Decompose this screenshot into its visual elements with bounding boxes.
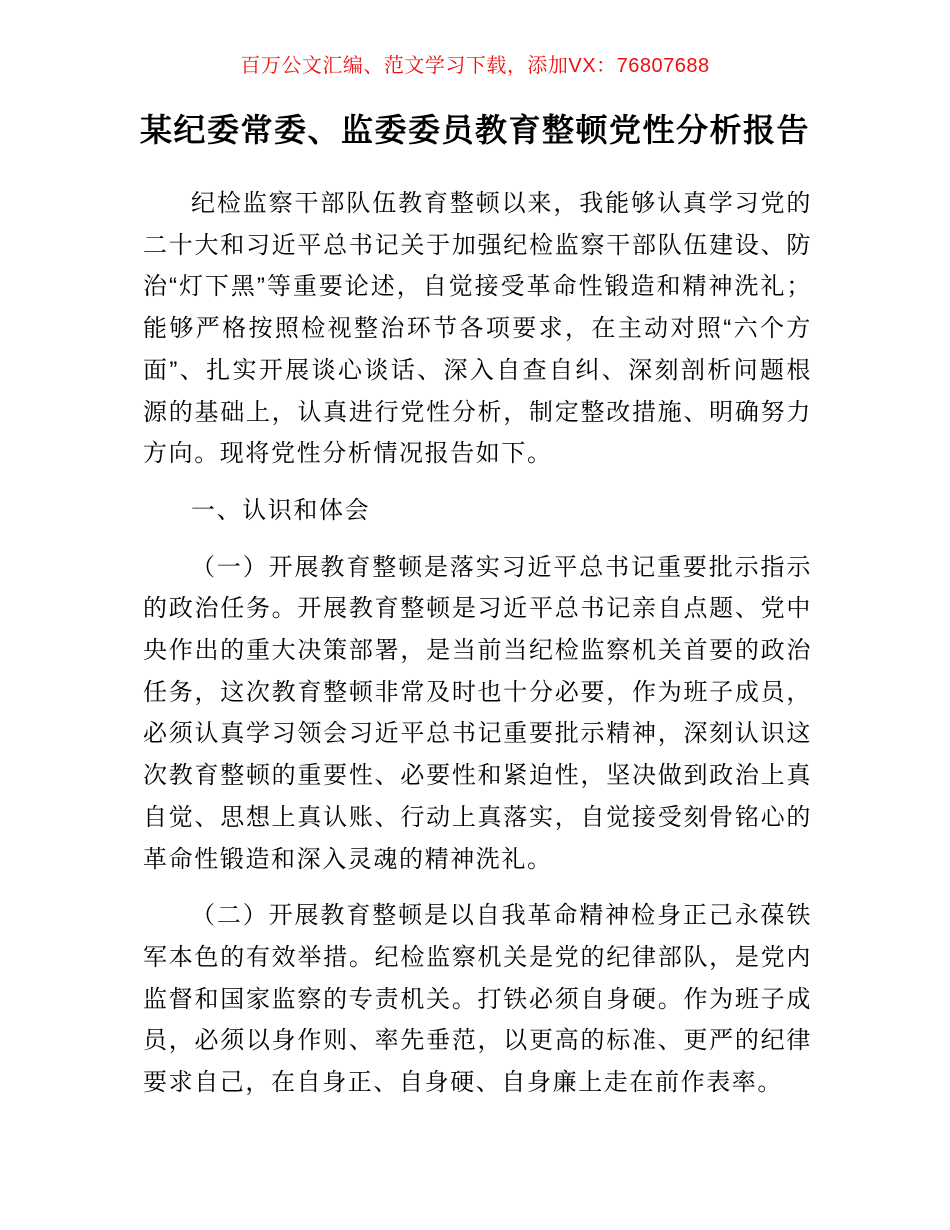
document-body: 纪检监察干部队伍教育整顿以来，我能够认真学习党的二十大和习近平总书记关于加强纪检… bbox=[143, 183, 812, 1104]
paragraph-intro: 纪检监察干部队伍教育整顿以来，我能够认真学习党的二十大和习近平总书记关于加强纪检… bbox=[143, 183, 812, 475]
paragraph-point-2: （二）开展教育整顿是以自我革命精神检身正己永葆铁军本色的有效举措。纪检监察机关是… bbox=[143, 895, 812, 1104]
document-page: 百万公文汇编、范文学习下载，添加VX：76807688 某纪委常委、监委委员教育… bbox=[0, 0, 950, 1230]
watermark-notice: 百万公文汇编、范文学习下载，添加VX：76807688 bbox=[0, 0, 950, 79]
document-title: 某纪委常委、监委委员教育整顿党性分析报告 bbox=[20, 107, 930, 153]
section-heading-1: 一、认识和体会 bbox=[143, 490, 812, 532]
paragraph-point-1: （一）开展教育整顿是落实习近平总书记重要批示指示的政治任务。开展教育整顿是习近平… bbox=[143, 547, 812, 881]
